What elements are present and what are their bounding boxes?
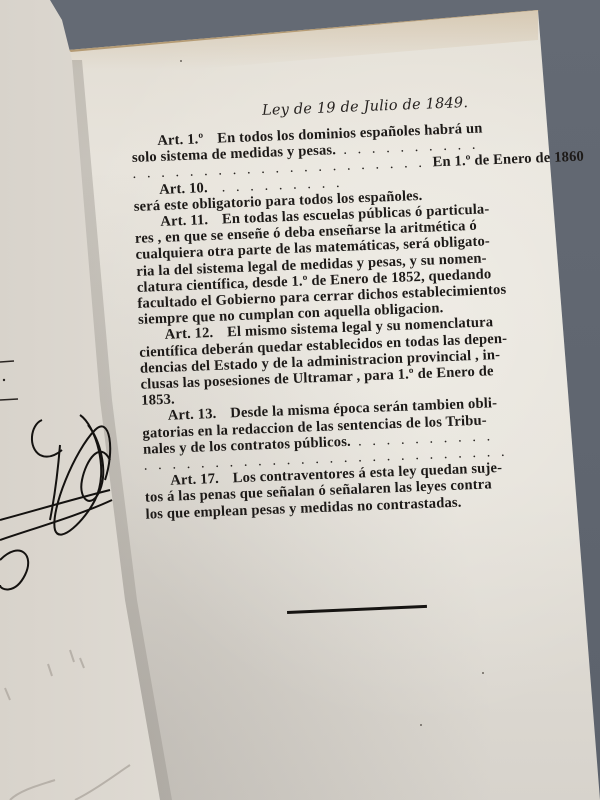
paper-speck [420,230,422,232]
article-label: Art. 12. [164,325,213,343]
article-label: Art. 11. [160,212,208,230]
paper-speck [482,672,484,674]
law-text-block: Ley de 19 de Julio de 1849. Art. 1.º En … [130,92,566,523]
article-text: 1853. [141,392,175,409]
article-label: Art. 1.º [157,131,204,149]
article-label: Art. 13. [168,406,217,424]
paper-speck [420,724,422,726]
article-label: Art. 17. [170,471,219,489]
article-label: Art. 10. [159,180,208,198]
paper-speck [180,60,182,62]
